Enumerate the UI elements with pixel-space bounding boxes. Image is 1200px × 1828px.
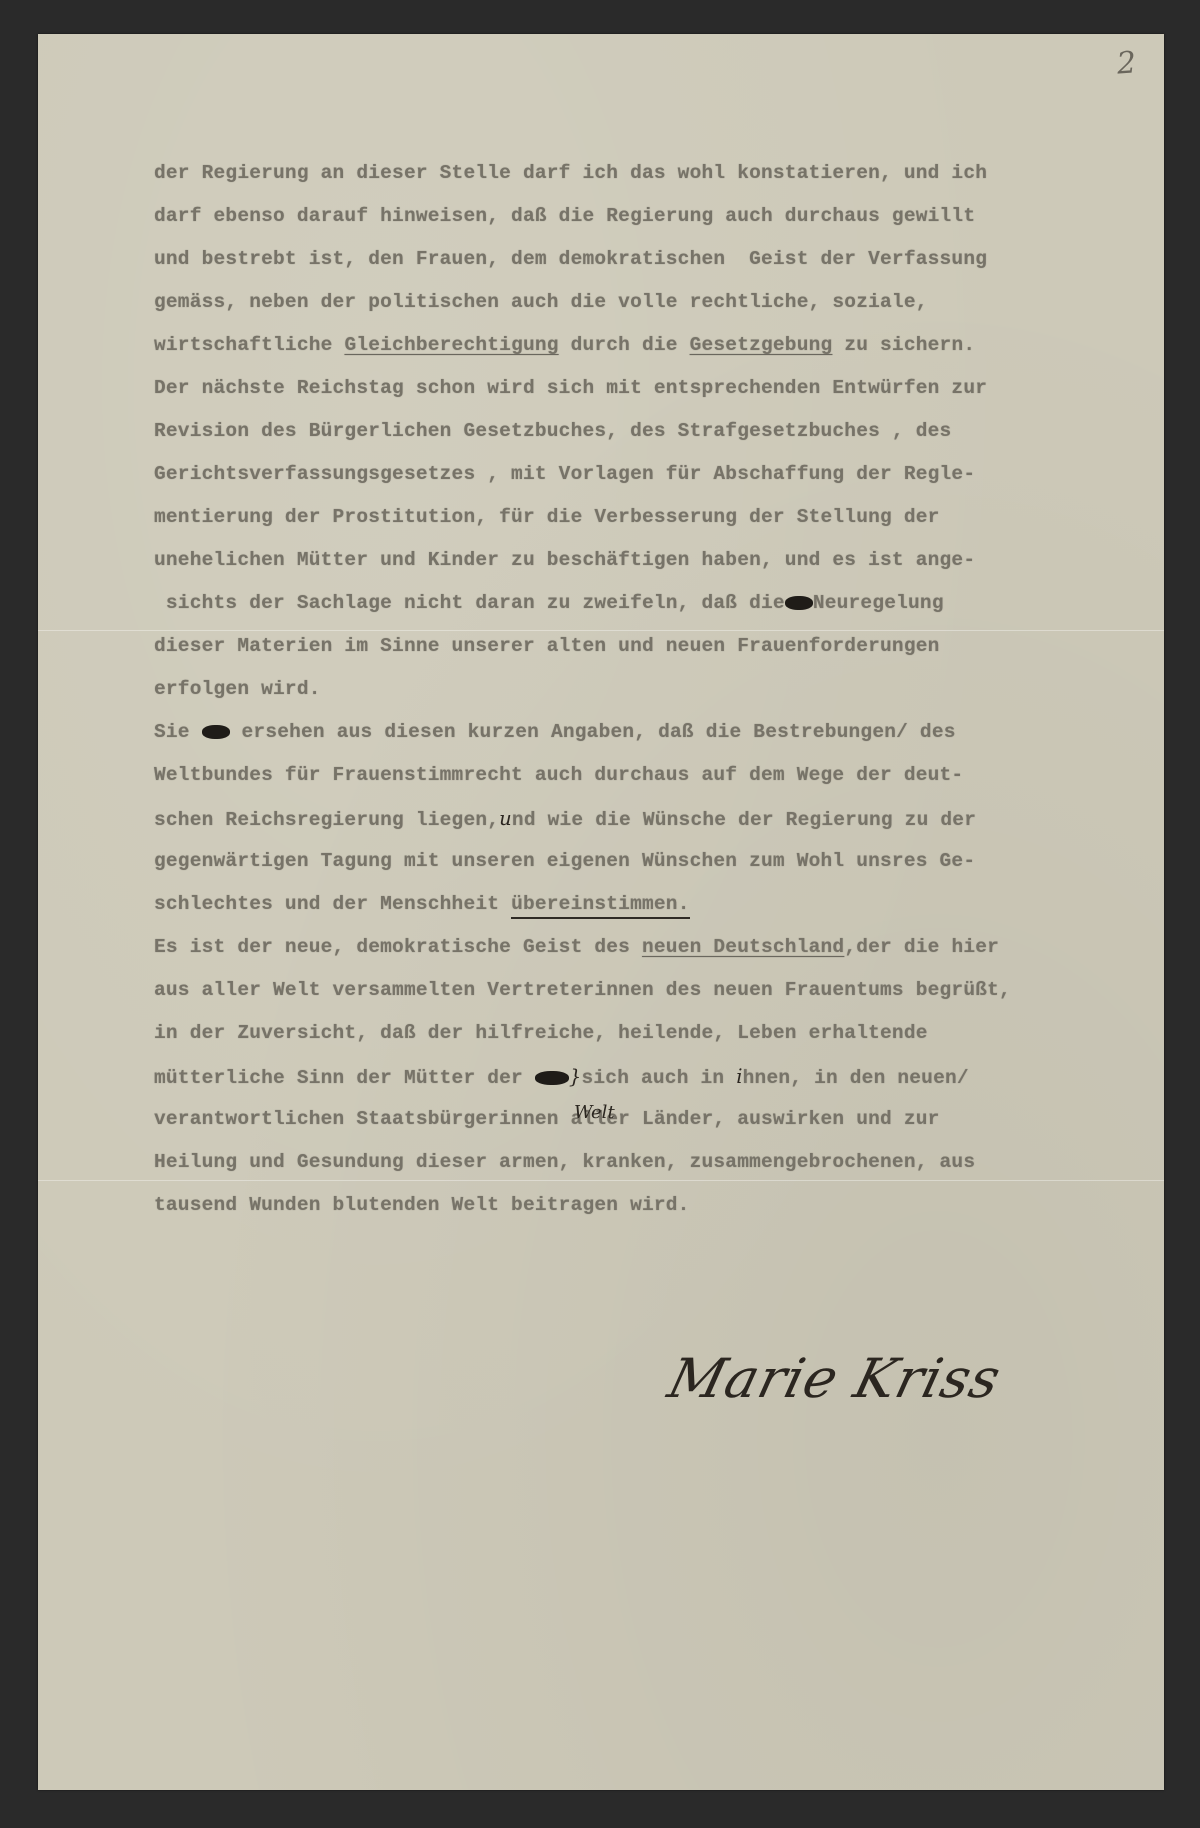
text-line: Sie ersehen aus diesen kurzen Angaben, d… (154, 711, 1164, 754)
text-span: schen Reichsregierung liegen, (154, 809, 499, 831)
signature: Marie Kriss (662, 1347, 1007, 1410)
text-span: nd wie die Wünsche der Regierung zu der (512, 809, 976, 831)
text-span: ,der die hier (844, 936, 999, 958)
text-line: darf ebenso darauf hinweisen, daß die Re… (154, 195, 1164, 238)
text-line: in der Zuversicht, daß der hilfreiche, h… (154, 1012, 1164, 1055)
underlined-word: Gesetzgebung (690, 334, 833, 356)
text-line: Es ist der neue, demokratische Geist des… (154, 926, 1164, 969)
text-span: schlechtes und der Menschheit (154, 893, 511, 915)
text-span: wirtschaftliche (154, 334, 344, 356)
text-span: Es ist der neue, demokratische Geist des (154, 936, 642, 958)
text-line: Weltbundes für Frauenstimmrecht auch dur… (154, 754, 1164, 797)
text-line: Gerichtsverfassungsgesetzes , mit Vorlag… (154, 453, 1164, 496)
text-span: Neuregelung (813, 592, 944, 614)
text-span: zu sichern. (832, 334, 975, 356)
handwritten-correction: u (499, 807, 512, 830)
hand-underlined-word: übereinstimmen. (511, 893, 690, 919)
text-line: wirtschaftliche Gleichberechtigung durch… (154, 324, 1164, 367)
text-line: schen Reichsregierung liegen,und wie die… (154, 797, 1164, 840)
text-line: dieser Materien im Sinne unserer alten u… (154, 625, 1164, 668)
text-span: ersehen aus diesen kurzen Angaben, daß d… (242, 721, 956, 743)
typed-letter-body: der Regierung an dieser Stelle darf ich … (154, 152, 1164, 1227)
document-page: 2 der Regierung an dieser Stelle darf ic… (38, 34, 1164, 1790)
text-line: mentierung der Prostitution, für die Ver… (154, 496, 1164, 539)
ink-blot-icon (785, 596, 813, 610)
underlined-word: Gleichberechtigung (344, 334, 558, 356)
text-line: Der nächste Reichstag schon wird sich mi… (154, 367, 1164, 410)
text-line: sichts der Sachlage nicht daran zu zweif… (154, 582, 1164, 625)
text-line: der Regierung an dieser Stelle darf ich … (154, 152, 1164, 195)
text-span: durch die (559, 334, 690, 356)
text-line: aus aller Welt versammelten Vertreterinn… (154, 969, 1164, 1012)
text-span: mütterliche Sinn der Mütter der (154, 1067, 535, 1089)
text-line: verantwortlichen Staatsbürgerinnen aller… (154, 1098, 1164, 1141)
ink-blot-icon (535, 1071, 569, 1085)
text-span: sichts der Sachlage nicht daran zu zweif… (154, 592, 785, 614)
handwritten-insertion: Welt (574, 1102, 615, 1123)
page-number: 2 (1116, 45, 1137, 81)
text-line: Heilung und Gesundung dieser armen, kran… (154, 1141, 1164, 1184)
ink-blot-icon (202, 725, 230, 739)
text-line: gegenwärtigen Tagung mit unseren eigenen… (154, 840, 1164, 883)
text-span: hnen, in den neuen/ (743, 1067, 969, 1089)
text-line: unehelichen Mütter und Kinder zu beschäf… (154, 539, 1164, 582)
underlined-word: neuen Deutschland (642, 936, 844, 958)
text-line: erfolgen wird. (154, 668, 1164, 711)
text-line: gemäss, neben der politischen auch die v… (154, 281, 1164, 324)
text-line: tausend Wunden blutenden Welt beitragen … (154, 1184, 1164, 1227)
text-span: Sie (154, 721, 202, 743)
text-span: sich auch in (581, 1067, 736, 1089)
text-line: mütterliche Sinn der Mütter der }sich au… (154, 1055, 1164, 1098)
text-line: Revision des Bürgerlichen Gesetzbuches, … (154, 410, 1164, 453)
text-line: und bestrebt ist, den Frauen, dem demokr… (154, 238, 1164, 281)
text-line: schlechtes und der Menschheit übereinsti… (154, 883, 1164, 926)
insertion-bracket: } (569, 1065, 582, 1088)
